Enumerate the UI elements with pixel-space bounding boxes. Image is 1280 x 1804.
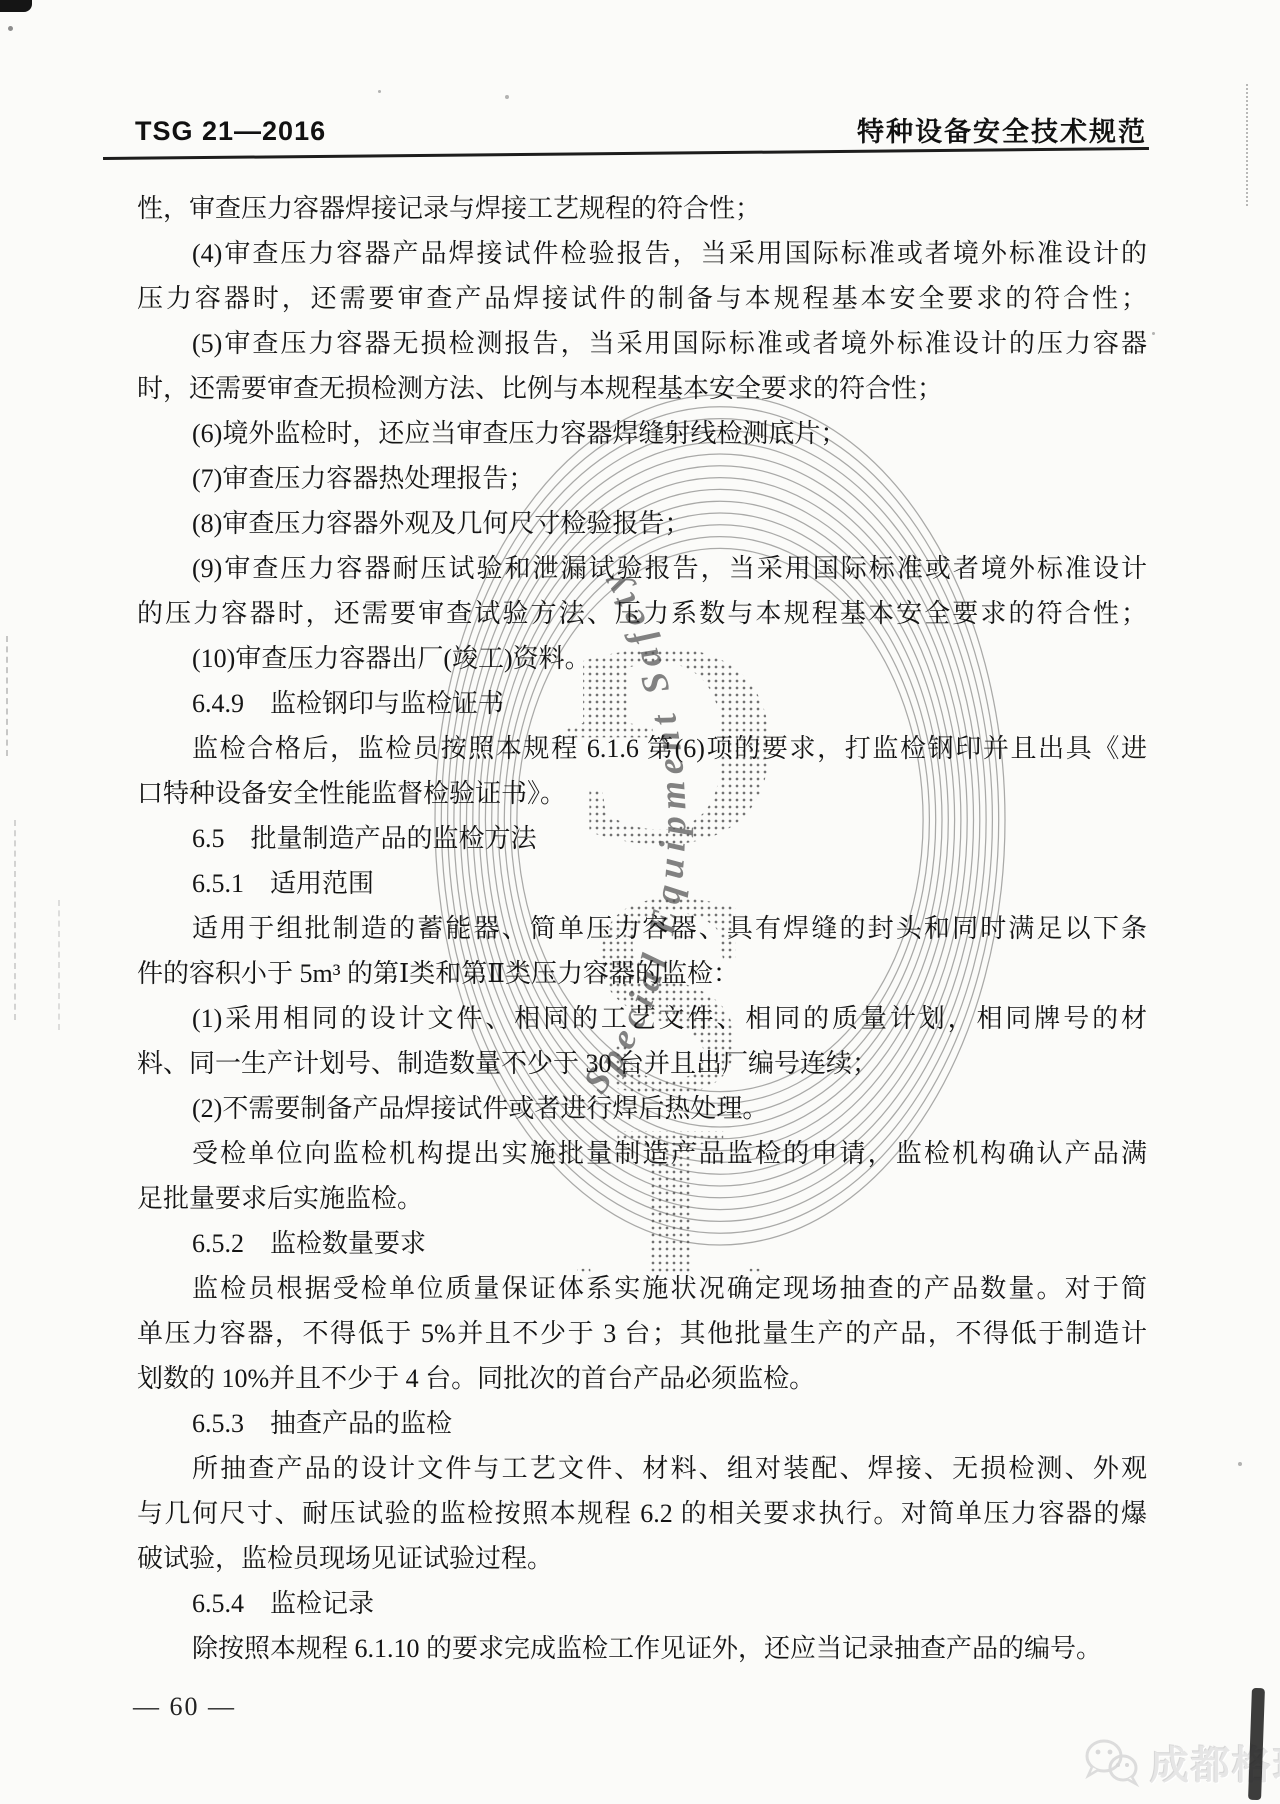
- wechat-icon: [1082, 1734, 1142, 1792]
- header-document-title: 特种设备安全技术规范: [857, 110, 1147, 149]
- text-line: 料、同一生产计划号、制造数量不少于 30 台并且出厂编号连续；: [137, 1041, 1147, 1086]
- text-line: 件的容积小于 5m³ 的第Ⅰ类和第Ⅱ类压力容器的监检：: [137, 951, 1147, 996]
- text-line: (9)审查压力容器耐压试验和泄漏试验报告，当采用国际标准或者境外标准设计: [137, 546, 1147, 591]
- scan-speck: [505, 95, 509, 99]
- text-line: (7)审查压力容器热处理报告；: [137, 456, 1147, 501]
- text-line: 破试验，监检员现场见证试验过程。: [137, 1536, 1147, 1581]
- header-document-code: TSG 21—2016: [135, 116, 326, 147]
- text-line: 所抽查产品的设计文件与工艺文件、材料、组对装配、焊接、无损检测、外观: [137, 1446, 1147, 1491]
- scan-artifact-left-edge: [14, 820, 16, 1020]
- text-line: 6.5.2 监检数量要求: [137, 1221, 1147, 1266]
- text-line: (10)审查压力容器出厂(竣工)资料。: [137, 636, 1147, 681]
- page-number: — 60 —: [133, 1692, 236, 1722]
- text-line: 6.5.3 抽查产品的监检: [137, 1401, 1147, 1446]
- text-line: 性，审查压力容器焊接记录与焊接工艺规程的符合性；: [137, 186, 1147, 231]
- scan-speck: [1238, 1462, 1242, 1466]
- scan-artifact-left-edge: [58, 900, 60, 1030]
- text-line: 6.5.4 监检记录: [137, 1581, 1147, 1626]
- header-rule: [103, 147, 1149, 160]
- document-page: TSG 21—2016 特种设备安全技术规范 G S T Special Equ…: [0, 0, 1280, 1804]
- text-line: 6.5 批量制造产品的监检方法: [137, 816, 1147, 861]
- text-line: 监检合格后，监检员按照本规程 6.1.6 第(6)项的要求，打监检钢印并且出具《…: [137, 726, 1147, 771]
- text-line: 口特种设备安全性能监督检验证书》。: [137, 771, 1147, 816]
- text-line: 的压力容器时，还需要审查试验方法、压力系数与本规程基本安全要求的符合性；: [137, 591, 1147, 636]
- text-line: (5)审查压力容器无损检测报告，当采用国际标准或者境外标准设计的压力容器: [137, 321, 1147, 366]
- text-line: 监检员根据受检单位质量保证体系实施状况确定现场抽查的产品数量。对于简: [137, 1266, 1147, 1311]
- scan-speck: [1152, 332, 1155, 335]
- scan-artifact-dot: [8, 26, 13, 31]
- text-line: (1)采用相同的设计文件、相同的工艺文件、相同的质量计划，相同牌号的材: [137, 996, 1147, 1041]
- text-line: (8)审查压力容器外观及几何尺寸检验报告；: [137, 501, 1147, 546]
- text-line: 压力容器时，还需要审查产品焊接试件的制备与本规程基本安全要求的符合性；: [137, 276, 1147, 321]
- text-line: 与几何尺寸、耐压试验的监检按照本规程 6.2 的相关要求执行。对简单压力容器的爆: [137, 1491, 1147, 1536]
- text-line: 足批量要求后实施监检。: [137, 1176, 1147, 1221]
- text-line: (6)境外监检时，还应当审查压力容器焊缝射线检测底片；: [137, 411, 1147, 456]
- text-line: 受检单位向监检机构提出实施批量制造产品监检的申请，监检机构确认产品满: [137, 1131, 1147, 1176]
- text-line: 适用于组批制造的蓄能器、简单压力容器、具有焊缝的封头和同时满足以下条: [137, 906, 1147, 951]
- text-line: 6.5.1 适用范围: [137, 861, 1147, 906]
- scan-speck: [378, 90, 381, 93]
- body-text-block: 性，审查压力容器焊接记录与焊接工艺规程的符合性；(4)审查压力容器产品焊接试件检…: [137, 186, 1147, 1671]
- text-line: 6.4.9 监检钢印与监检证书: [137, 681, 1147, 726]
- scan-artifact-right-edge: [1246, 84, 1248, 206]
- text-line: 除按照本规程 6.1.10 的要求完成监检工作见证外，还应当记录抽查产品的编号。: [137, 1626, 1147, 1671]
- text-line: 时，还需要审查无损检测方法、比例与本规程基本安全要求的符合性；: [137, 366, 1147, 411]
- text-line: (2)不需要制备产品焊接试件或者进行焊后热处理。: [137, 1086, 1147, 1131]
- text-line: 单压力容器，不得低于 5%并且不少于 3 台；其他批量生产的产品，不得低于制造计: [137, 1311, 1147, 1356]
- text-line: (4)审查压力容器产品焊接试件检验报告，当采用国际标准或者境外标准设计的: [137, 231, 1147, 276]
- scan-artifact-left-edge: [6, 636, 8, 756]
- scan-artifact-corner: [0, 0, 32, 12]
- text-line: 划数的 10%并且不少于 4 台。同批次的首台产品必须监检。: [137, 1356, 1147, 1401]
